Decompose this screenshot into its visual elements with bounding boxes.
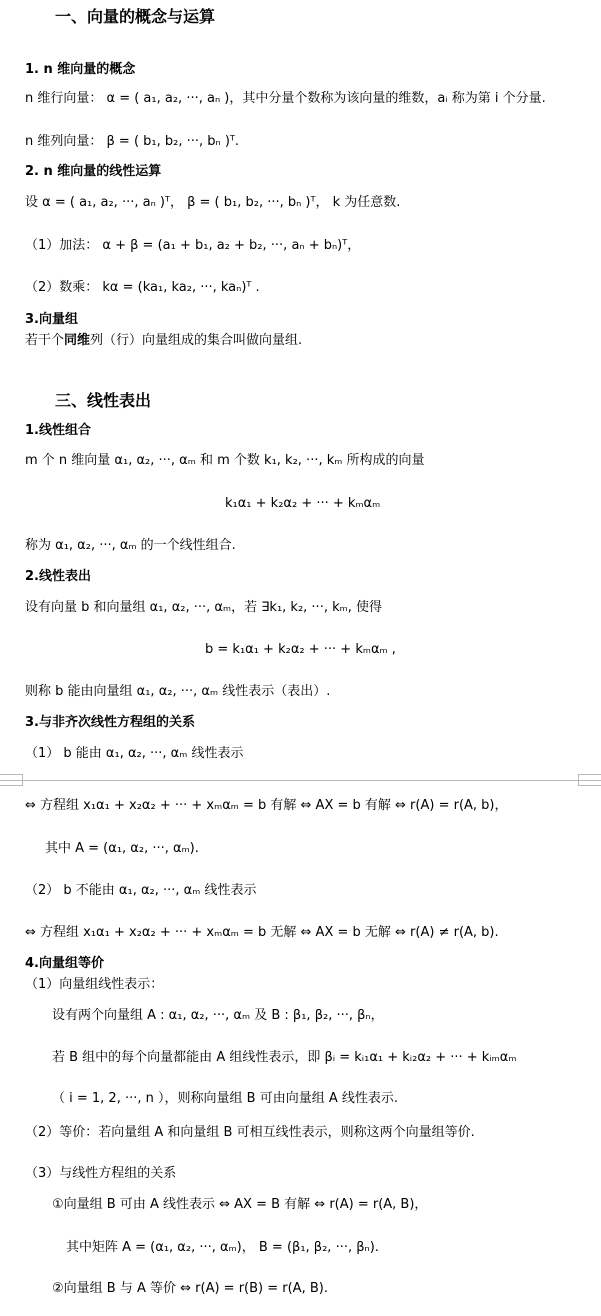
equiv-case-1-setup: 设有两个向量组 A : α₁, α₂, ···, αₘ 及 B : β₁, β₂…: [52, 1007, 384, 1025]
def-text-pre: 若干个: [25, 333, 64, 348]
expression-formula: b = k₁α₁ + k₂α₂ + ··· + kₘαₘ ,: [205, 641, 396, 659]
subheading-nonhomogeneous-relation: 3.与非齐次线性方程组的关系: [25, 714, 195, 732]
combination-formula: k₁α₁ + k₂α₂ + ··· + kₘαₘ: [225, 495, 380, 513]
row-vector-def: n 维行向量： α = ( a₁, a₂, ···, aₙ )，其中分量个数称为…: [25, 90, 546, 108]
heading-vector-concepts: 一、向量的概念与运算: [55, 8, 215, 26]
vector-group-def: 若干个同维列（行）向量组成的集合叫做向量组.: [25, 332, 302, 350]
equiv-case-3-item-2: ②向量组 B 与 A 等价 ⇔ r(A) = r(B) = r(A, B).: [52, 1280, 328, 1298]
equiv-case-1-conclusion: （ i = 1, 2, ···, n ），则称向量组 B 可由向量组 A 线性表…: [52, 1090, 398, 1108]
case-1-label: （1） b 能由 α₁, α₂, ···, αₘ 线性表示: [25, 745, 243, 763]
page-corner-mark-right: [578, 774, 601, 786]
case-2-equivalence: ⇔ 方程组 x₁α₁ + x₂α₂ + ··· + xₘαₘ = b 无解 ⇔ …: [25, 924, 499, 942]
subheading-linear-ops: 2. n 维向量的线性运算: [25, 163, 161, 181]
equiv-case-1-label: （1）向量组线性表示：: [25, 976, 163, 994]
subheading-n-dim-vector: 1. n 维向量的概念: [25, 61, 135, 79]
equiv-case-1-condition: 若 B 组中的每个向量都能由 A 组线性表示，即 βᵢ = kᵢ₁α₁ + kᵢ…: [52, 1049, 516, 1067]
page-separator: [0, 780, 601, 781]
addition-formula: （1）加法： α + β = (a₁ + b₁, a₂ + b₂, ···, a…: [25, 237, 360, 255]
column-vector-def: n 维列向量： β = ( b₁, b₂, ···, bₙ )ᵀ.: [25, 133, 239, 151]
equiv-case-2: （2）等价：若向量组 A 和向量组 B 可相互线性表示，则称这两个向量组等价.: [25, 1124, 475, 1142]
combination-naming: 称为 α₁, α₂, ···, αₘ 的一个线性组合.: [25, 537, 236, 555]
equiv-case-3-item-1-where: 其中矩阵 A = (α₁, α₂, ···, αₘ)， B = (β₁, β₂,…: [66, 1239, 379, 1257]
scalar-mult-formula: （2）数乘： kα = (ka₁, ka₂, ···, kaₙ)ᵀ .: [25, 279, 260, 297]
subheading-linear-combination: 1.线性组合: [25, 422, 91, 440]
def-text-post: 列（行）向量组成的集合叫做向量组.: [90, 333, 302, 348]
expression-naming: 则称 b 能由向量组 α₁, α₂, ···, αₘ 线性表示（表出）.: [25, 683, 330, 701]
expression-setup: 设有向量 b 和向量组 α₁, α₂, ···, αₘ，若 ∃k₁, k₂, ·…: [25, 599, 382, 617]
def-text-bold: 同维: [64, 333, 90, 348]
subheading-linear-expression: 2.线性表出: [25, 568, 91, 586]
case-1-where: 其中 A = (α₁, α₂, ···, αₘ).: [45, 840, 199, 858]
heading-linear-representation: 三、线性表出: [55, 392, 151, 410]
equiv-case-3-item-1: ①向量组 B 可由 A 线性表示 ⇔ AX = B 有解 ⇔ r(A) = r(…: [52, 1196, 427, 1214]
case-2-label: （2） b 不能由 α₁, α₂, ···, αₘ 线性表示: [25, 882, 256, 900]
subheading-group-equivalence: 4.向量组等价: [25, 955, 104, 973]
equiv-case-3-label: （3）与线性方程组的关系: [25, 1165, 176, 1183]
subheading-vector-group: 3.向量组: [25, 311, 78, 329]
combination-text: m 个 n 维向量 α₁, α₂, ···, αₘ 和 m 个数 k₁, k₂,…: [25, 452, 424, 470]
ops-setup: 设 α = ( a₁, a₂, ···, aₙ )ᵀ， β = ( b₁, b₂…: [25, 194, 400, 212]
case-1-equivalence: ⇔ 方程组 x₁α₁ + x₂α₂ + ··· + xₘαₘ = b 有解 ⇔ …: [25, 797, 508, 815]
